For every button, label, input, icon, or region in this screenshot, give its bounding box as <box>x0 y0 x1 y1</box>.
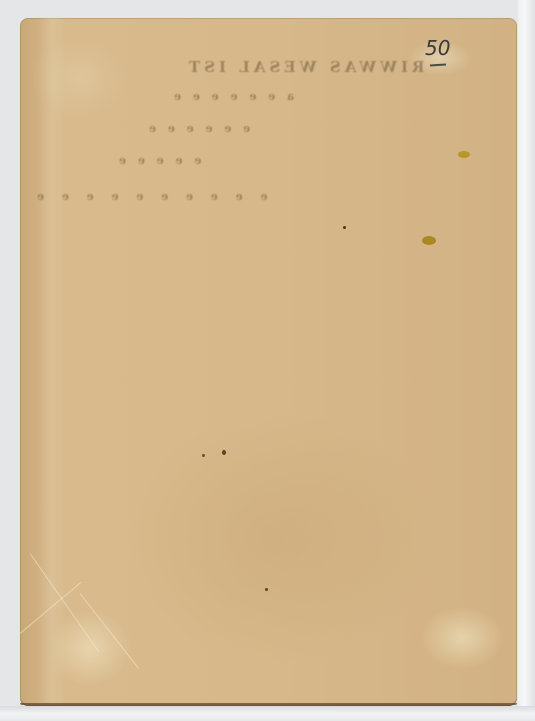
crease-bottom-left-2 <box>80 593 139 668</box>
dark-speck-3 <box>202 454 205 457</box>
handwritten-dash <box>430 63 446 66</box>
yellow-stain-1 <box>458 151 470 158</box>
show-through-text-line-3: e e e e e e <box>145 122 250 135</box>
card-left-fold-band <box>38 18 66 705</box>
show-through-text-line-4: e e e e e <box>115 154 201 167</box>
card-holder-right-edge <box>518 0 535 721</box>
handwritten-number: 50 <box>425 36 450 60</box>
dark-speck-4 <box>265 588 268 591</box>
card-holder-bottom-edge <box>0 706 535 721</box>
show-through-text-line-1: RIWWAS WESAL IST <box>185 58 424 76</box>
vintage-card-back: RIWWAS WESAL IST a e e e e e e e e e e e… <box>20 18 517 705</box>
dark-speck-1 <box>343 226 346 229</box>
show-through-text-line-2: a e e e e e e <box>170 90 294 103</box>
dark-speck-2 <box>222 450 226 455</box>
show-through-text-line-5: e e e e e e e e e e <box>30 190 267 203</box>
yellow-stain-2 <box>422 236 436 245</box>
